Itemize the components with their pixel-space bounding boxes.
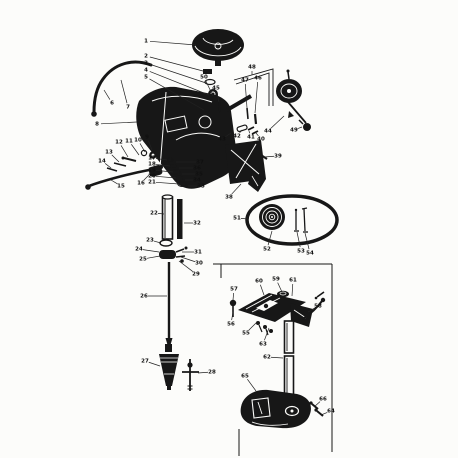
leader-line-44	[271, 116, 284, 128]
leader-line-62	[271, 357, 283, 358]
part-number-65: 65	[241, 374, 249, 380]
leader-line-6	[104, 90, 110, 100]
leader-line-1	[150, 41, 196, 45]
part-number-52: 52	[263, 247, 271, 253]
leader-line-7	[121, 80, 127, 103]
part-number-43: 43	[218, 137, 226, 143]
part-number-56: 56	[227, 322, 235, 328]
part-number-12: 12	[115, 140, 123, 146]
part-number-57: 57	[230, 287, 238, 293]
depth-stop-collar	[159, 240, 188, 263]
leader-line-12	[121, 145, 128, 157]
part-number-39: 39	[274, 154, 282, 160]
part-number-32: 32	[193, 221, 201, 227]
part-number-45: 45	[212, 86, 220, 92]
leader-line-47	[245, 84, 247, 108]
part-number-30: 30	[195, 261, 203, 267]
leader-line-24	[143, 250, 159, 252]
part-number-2: 2	[144, 54, 148, 60]
part-number-36: 36	[193, 166, 201, 172]
part-number-26: 26	[140, 294, 148, 300]
leader-line-11	[131, 144, 139, 155]
tension-rod	[227, 96, 251, 110]
leader-line-49	[298, 127, 302, 129]
quill-tube	[177, 199, 183, 239]
leader-line-3	[150, 64, 206, 83]
part-number-22: 22	[150, 211, 158, 217]
part-number-38: 38	[225, 195, 233, 201]
part-number-49: 49	[290, 128, 298, 134]
part-number-53: 53	[297, 249, 305, 255]
pulley-bolt	[288, 102, 306, 123]
leader-line-25	[147, 256, 160, 258]
part-number-25: 25	[139, 257, 147, 263]
part-number-33: 33	[197, 184, 205, 190]
leader-line-41	[249, 131, 250, 133]
part-number-9: 9	[145, 135, 149, 141]
chuck	[159, 344, 179, 390]
part-number-34: 34	[193, 178, 201, 184]
leader-line-21	[156, 182, 179, 184]
chuck-key	[182, 359, 199, 391]
leader-line-65	[247, 379, 256, 391]
part-number-3: 3	[144, 61, 148, 67]
column-and-quill	[163, 195, 183, 239]
leader-line-38	[232, 184, 241, 194]
part-number-15: 15	[117, 184, 125, 190]
part-number-28: 28	[208, 370, 216, 376]
part-number-21: 21	[148, 180, 156, 186]
part-number-23: 23	[146, 238, 154, 244]
leader-line-55	[249, 322, 257, 330]
part-number-11: 11	[125, 139, 133, 145]
table-base-inset	[213, 264, 332, 456]
leader-line-60	[260, 285, 264, 295]
motor-mount-plate	[225, 140, 266, 192]
part-number-51: 51	[233, 216, 241, 222]
part-number-66: 66	[319, 397, 327, 403]
part-number-1: 1	[144, 39, 148, 45]
spindle-shaft	[166, 262, 173, 350]
leader-line-40	[256, 133, 258, 136]
part-number-54: 54	[306, 251, 314, 257]
part-number-8: 8	[95, 122, 99, 128]
washer-small	[141, 150, 146, 155]
leader-line-13	[112, 155, 119, 162]
part-number-14: 14	[98, 159, 106, 165]
leader-line-57	[233, 293, 234, 300]
part-number-7: 7	[126, 105, 130, 111]
leader-line-59	[278, 283, 282, 292]
part-number-41: 41	[247, 135, 255, 141]
column-tube	[163, 197, 173, 239]
belt-and-step-pulley	[247, 196, 337, 244]
part-number-60: 60	[255, 279, 263, 285]
part-number-50: 50	[200, 75, 208, 81]
part-number-58: 58	[314, 304, 322, 310]
leader-line-2	[150, 57, 203, 71]
part-number-64: 64	[327, 409, 335, 415]
part-number-6: 6	[110, 101, 114, 107]
part-number-55: 55	[242, 331, 250, 337]
part-number-61: 61	[289, 278, 297, 284]
leader-line-27	[149, 362, 160, 366]
part-number-31: 31	[194, 250, 202, 256]
leader-line-29	[179, 261, 193, 272]
leader-line-61	[292, 284, 293, 296]
part-number-35: 35	[195, 172, 203, 178]
part-number-44: 44	[264, 129, 272, 135]
drill-press-exploded-diagram: 1234567891011121314151617181920212223242…	[0, 0, 458, 458]
part-number-16: 16	[137, 181, 145, 187]
part-number-40: 40	[257, 137, 265, 143]
part-number-27: 27	[141, 359, 149, 365]
part-number-59: 59	[272, 277, 280, 283]
part-number-10: 10	[134, 138, 142, 144]
part-number-29: 29	[192, 272, 200, 278]
leader-line-46	[255, 82, 258, 113]
leader-line-8	[101, 122, 137, 124]
leader-line-28	[198, 372, 208, 373]
part-number-48: 48	[248, 65, 256, 71]
parts-diagram-page: 1234567891011121314151617181920212223242…	[0, 0, 458, 458]
part-number-63: 63	[259, 342, 267, 348]
part-number-24: 24	[135, 247, 143, 253]
inset-column-upper	[285, 321, 294, 353]
part-number-4: 4	[144, 68, 148, 74]
ball-knob	[303, 123, 311, 131]
part-number-5: 5	[144, 75, 148, 81]
base-casting	[241, 390, 311, 428]
part-number-62: 62	[263, 355, 271, 361]
part-number-13: 13	[105, 150, 113, 156]
leader-line-14	[105, 163, 111, 168]
part-number-46: 46	[254, 76, 262, 82]
part-number-47: 47	[241, 78, 249, 84]
part-number-37: 37	[196, 160, 204, 166]
part-number-42: 42	[233, 134, 241, 140]
leader-line-39	[264, 156, 274, 157]
